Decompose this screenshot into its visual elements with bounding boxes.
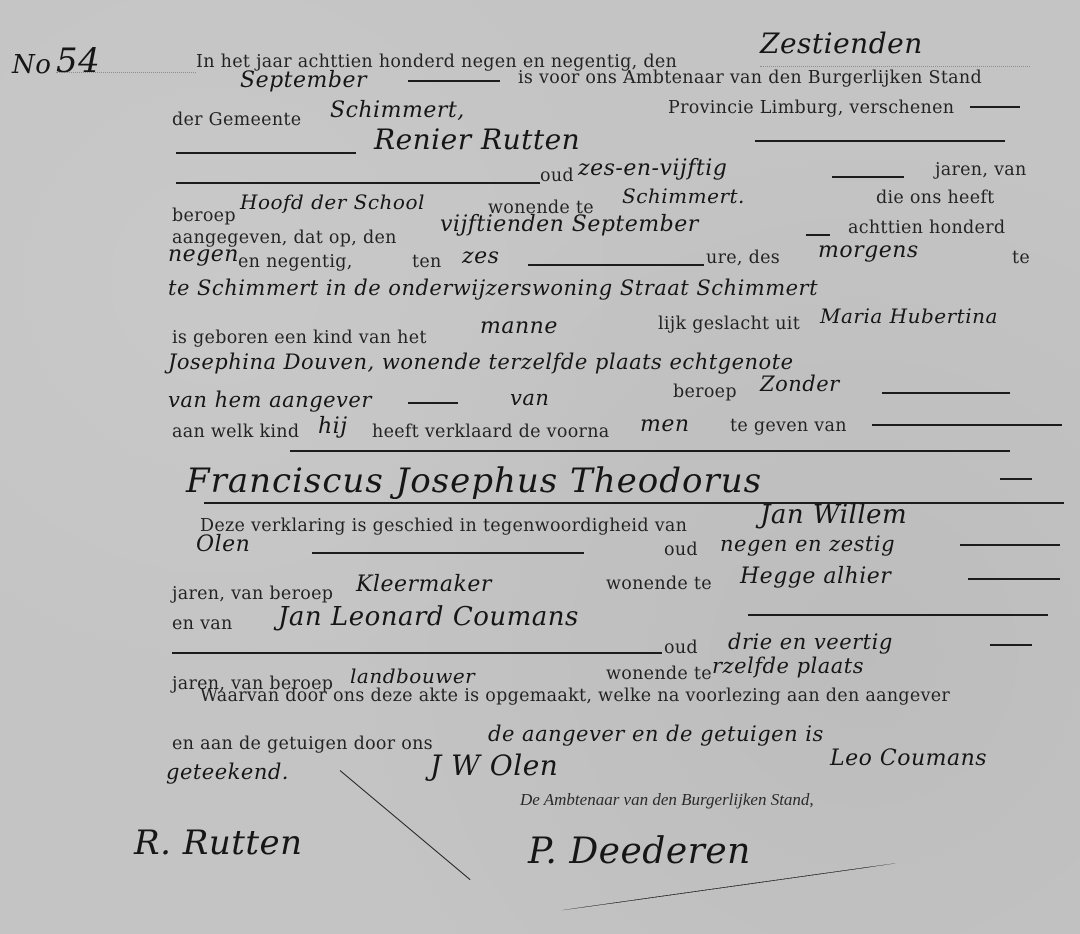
print-en-aan-de-getuigen: en aan de getuigen door ons — [172, 736, 433, 754]
fill-line — [290, 450, 1010, 452]
witness-1-occupation: Kleermaker — [356, 574, 492, 596]
birth-certificate-document: No 54 In het jaar achttien honderd negen… — [0, 0, 1080, 934]
birth-hour: zes — [462, 246, 499, 268]
fill-line — [176, 152, 356, 154]
witness-2-residence: rzelfde plaats — [712, 656, 864, 677]
print-lijk-geslacht: lijk geslacht uit — [658, 316, 800, 334]
print-aan-welk-kind: aan welk kind — [172, 424, 299, 442]
print-oud: oud — [540, 168, 574, 186]
declarant-age: zes-en-vijftig — [578, 158, 727, 180]
fill-line — [748, 614, 1048, 616]
fill-line — [172, 652, 662, 654]
date-day: Zestienden — [760, 30, 923, 58]
signing-statement: de aangever en de getuigen is — [488, 724, 824, 745]
fill-line — [408, 402, 458, 404]
municipality: Schimmert, — [330, 100, 465, 122]
print-jaren-van: jaren, van — [935, 162, 1027, 180]
print-gemeente: der Gemeente — [172, 112, 301, 130]
print-ten: ten — [412, 254, 442, 272]
print-wonende-te: wonende te — [606, 576, 712, 594]
print-line-2: is voor ons Ambtenaar van den Burgerlijk… — [518, 70, 982, 88]
date-month: September — [240, 70, 367, 92]
witness-1-surname: Olen — [196, 534, 250, 556]
signature-stroke — [340, 770, 471, 880]
print-achttien-honderd: achttien honderd — [848, 220, 1005, 238]
fill-line — [960, 544, 1060, 546]
declarant-name: Renier Rutten — [374, 126, 580, 154]
print-beroep: beroep — [673, 384, 737, 402]
relation-to-declarant: van hem aangever — [168, 390, 372, 411]
declarant-occupation: Hoofd der School — [240, 192, 425, 212]
dotted-rule — [760, 66, 1030, 67]
fill-line — [408, 80, 500, 82]
fill-line — [990, 644, 1032, 646]
witness-2-signature: Leo Coumans — [830, 748, 987, 770]
print-jaren-van-beroep: jaren, van beroep — [172, 586, 333, 604]
birth-date: vijftienden September — [440, 214, 699, 236]
witness-2-name: Jan Leonard Coumans — [278, 604, 579, 630]
fill-line — [528, 264, 704, 266]
birth-year-word: negen — [168, 244, 239, 266]
print-provincie: Provincie Limburg, verschenen — [668, 100, 954, 118]
print-is-geboren: is geboren een kind van het — [172, 330, 427, 348]
fill-line — [755, 140, 1005, 142]
print-en-van: en van — [172, 616, 233, 634]
witness-1-age: negen en zestig — [720, 534, 895, 555]
print-waarvan: Waarvan door ons deze akte is opgemaakt,… — [200, 688, 950, 706]
print-en-negentig: en negentig, — [238, 254, 353, 272]
print-heeft-verklaard: heeft verklaard de voorna — [372, 424, 610, 442]
official-title: De Ambtenaar van den Burgerlijken Stand, — [520, 790, 814, 810]
declarant-signature: R. Rutten — [134, 826, 303, 860]
plural-suffix: men — [640, 414, 690, 436]
print-die-ons-heeft: die ons heeft — [876, 190, 994, 208]
witness-2-age: drie en veertig — [728, 632, 893, 653]
print-deze-verklaring: Deze verklaring is geschied in tegenwoor… — [200, 518, 687, 536]
pronoun: hij — [318, 416, 348, 438]
fill-line — [832, 176, 904, 178]
print-beroep: beroep — [172, 208, 236, 226]
witness-1-first-names: Jan Willem — [760, 502, 907, 528]
time-of-day: morgens — [818, 240, 919, 262]
signed-word: geteekend. — [166, 762, 289, 783]
witness-2-occupation: landbouwer — [350, 666, 475, 686]
child-sex: manne — [480, 316, 558, 338]
mother-occupation: Zonder — [760, 374, 840, 395]
mother-details: Josephina Douven, wonende terzelfde plaa… — [168, 352, 794, 373]
print-ure-des: ure, des — [706, 250, 780, 268]
fill-line — [968, 578, 1060, 580]
fill-line — [970, 106, 1020, 108]
record-number-prefix: No — [12, 52, 51, 78]
fill-line — [1000, 478, 1032, 480]
fill-line — [882, 392, 1010, 394]
declarant-residence: Schimmert. — [622, 186, 745, 206]
mother-first-names: Maria Hubertina — [820, 306, 998, 326]
fill-line — [872, 424, 1062, 426]
witness-1-residence: Hegge alhier — [740, 566, 891, 588]
print-oud: oud — [664, 640, 698, 658]
fill-line — [312, 552, 584, 554]
child-given-names: Franciscus Josephus Theodorus — [186, 464, 762, 498]
dotted-rule — [56, 72, 196, 73]
fill-line — [176, 182, 540, 184]
print-wonende-te: wonende te — [606, 666, 712, 684]
fill-line — [204, 502, 1064, 504]
official-signature: P. Deederen — [528, 834, 751, 870]
mother-van: van — [510, 388, 549, 409]
print-te-geven-van: te geven van — [730, 418, 847, 436]
print-oud: oud — [664, 542, 698, 560]
fill-line — [806, 234, 830, 236]
witness-1-signature: J W Olen — [430, 752, 558, 780]
print-te: te — [1012, 250, 1030, 268]
birth-place: te Schimmert in de onderwijzerswoning St… — [168, 278, 818, 299]
